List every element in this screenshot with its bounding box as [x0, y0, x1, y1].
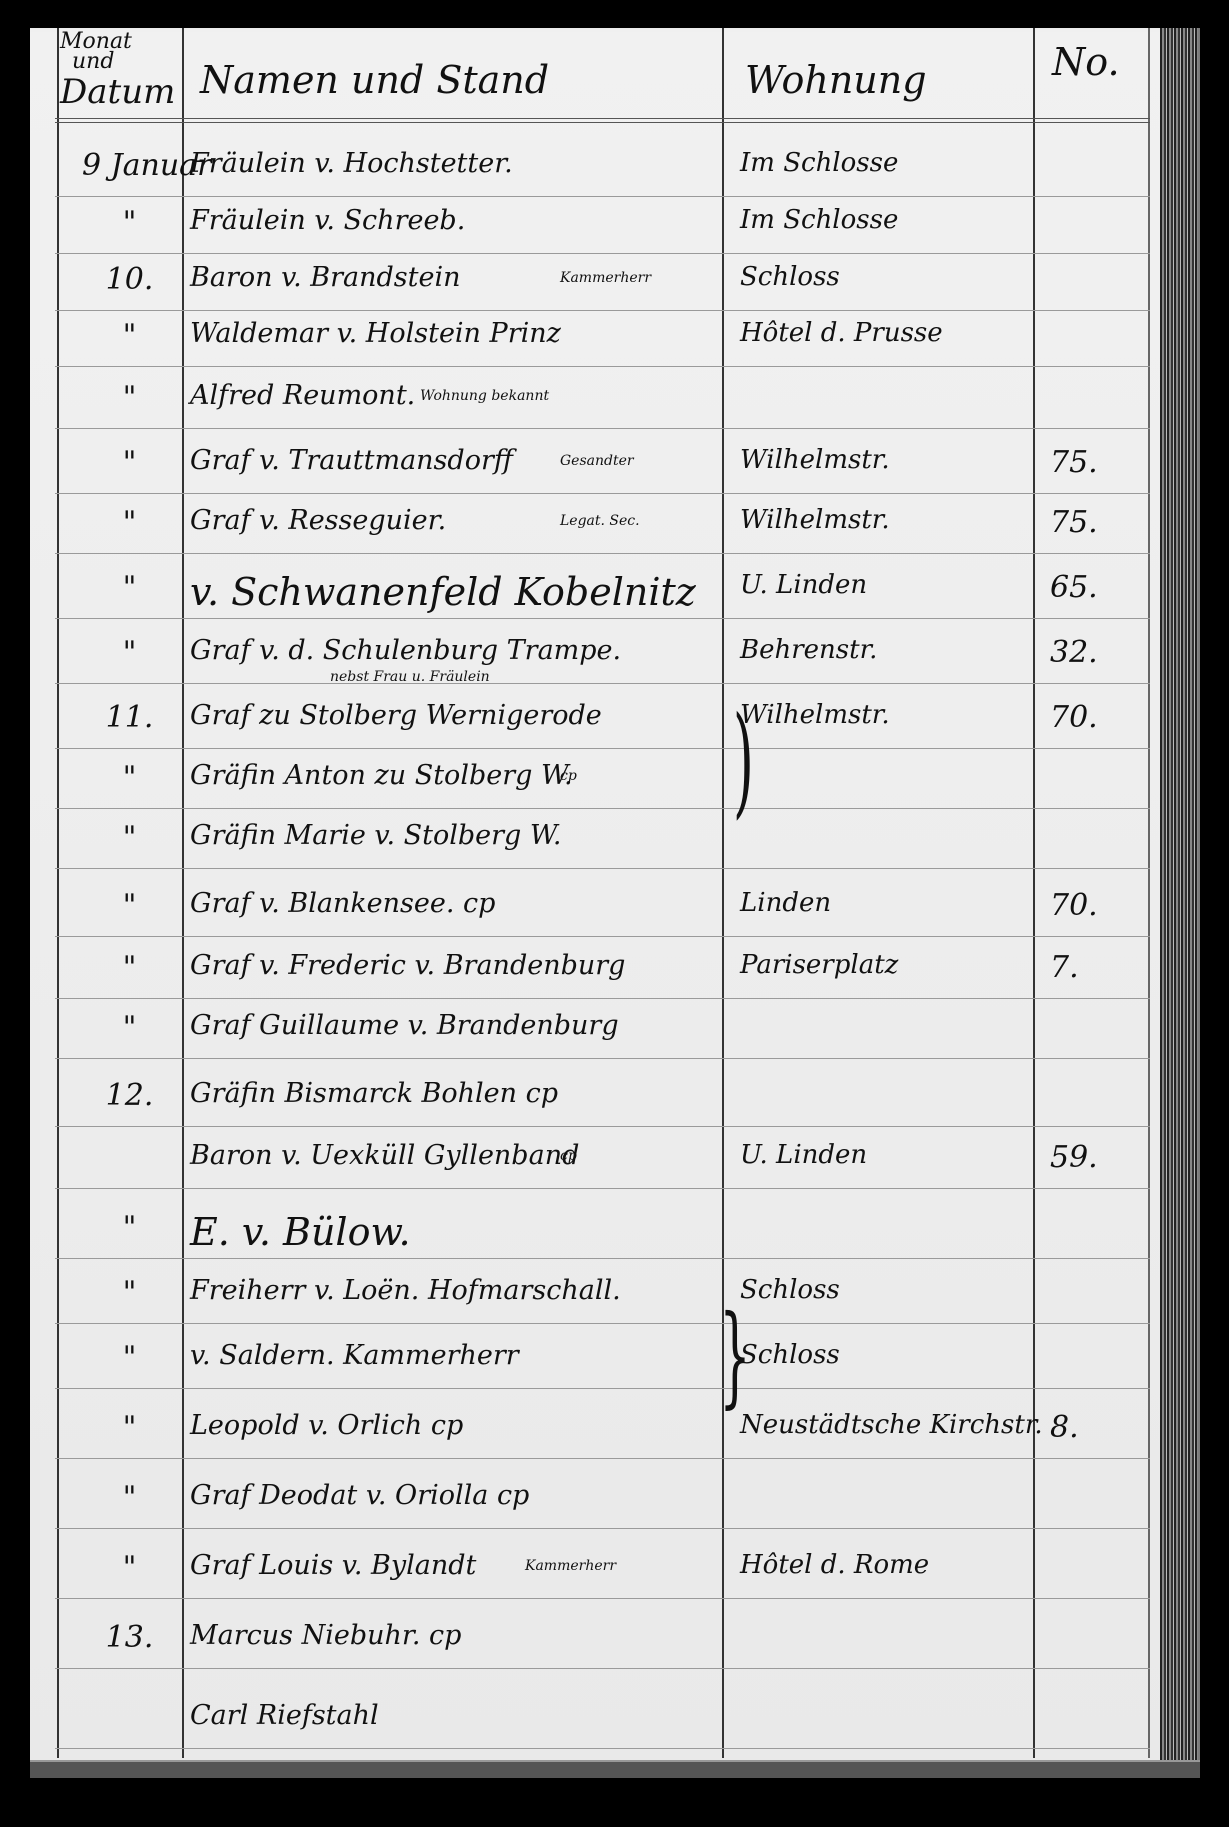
entry-date: " — [82, 1275, 177, 1310]
entry-name: Graf v. Frederic v. Brandenburg — [190, 950, 625, 981]
entry-note: Wohnung bekannt — [420, 388, 549, 404]
entry-name: Fräulein v. Hochstetter. — [190, 148, 513, 179]
entry-date: 9 Januar — [82, 148, 177, 183]
entry-name: Gräfin Marie v. Stolberg W. — [190, 820, 562, 851]
entry-date: " — [82, 1550, 177, 1585]
column-divider-address — [1033, 28, 1035, 1758]
entry-address: Wilhelmstr. — [740, 505, 890, 535]
entry-name: Baron v. Brandstein — [190, 262, 461, 293]
entry-date: " — [82, 1480, 177, 1515]
row-rule — [55, 493, 1150, 494]
entry-name: Gräfin Anton zu Stolberg W. — [190, 760, 573, 791]
row-rule — [55, 748, 1150, 749]
entry-note: nebst Frau u. Fräulein — [330, 669, 490, 685]
entry-number: 70. — [1050, 888, 1098, 923]
entry-date: " — [82, 1210, 177, 1245]
row-rule — [55, 868, 1150, 869]
entry-date: " — [82, 635, 177, 670]
header-number: No. — [1052, 40, 1120, 84]
entry-address: Hôtel d. Rome — [740, 1550, 929, 1580]
entry-name: Marcus Niebuhr. cp — [190, 1620, 461, 1651]
entry-number: 59. — [1050, 1140, 1098, 1175]
row-rule — [55, 1126, 1150, 1127]
entry-date: 11. — [82, 700, 177, 735]
entry-note: cp — [560, 1148, 577, 1164]
entry-date: " — [82, 318, 177, 353]
column-divider-date — [182, 28, 184, 1758]
entry-name: Gräfin Bismarck Bohlen cp — [190, 1078, 558, 1109]
row-rule — [55, 936, 1150, 937]
entry-name: Fräulein v. Schreeb. — [190, 205, 465, 236]
entry-date: " — [82, 380, 177, 415]
entry-name: E. v. Bülow. — [190, 1210, 411, 1254]
entry-date: " — [82, 505, 177, 540]
row-rule — [55, 1388, 1150, 1389]
entry-date: 12. — [82, 1078, 177, 1113]
column-divider-right — [1148, 28, 1150, 1758]
entry-number: 75. — [1050, 505, 1098, 540]
entry-name: Leopold v. Orlich cp — [190, 1410, 463, 1441]
brace-schloss-group: } — [719, 1300, 751, 1410]
entry-name: Alfred Reumont. — [190, 380, 415, 411]
entry-name: Waldemar v. Holstein Prinz — [190, 318, 561, 349]
entry-number: 75. — [1050, 445, 1098, 480]
entry-address: Im Schlosse — [740, 205, 898, 235]
entry-name: Graf zu Stolberg Wernigerode — [190, 700, 602, 731]
book-spine — [1160, 28, 1198, 1773]
entry-date: " — [82, 570, 177, 605]
entry-date: " — [82, 445, 177, 480]
row-rule — [55, 808, 1150, 809]
entry-name: Freiherr v. Loën. Hofmarschall. — [190, 1275, 621, 1306]
row-rule — [55, 618, 1150, 619]
entry-name: v. Saldern. Kammerherr — [190, 1340, 519, 1371]
column-divider-left — [57, 28, 59, 1758]
brace-stolberg-group: ) — [733, 702, 754, 822]
entry-name: Graf v. Trauttmansdorff — [190, 445, 513, 476]
row-rule — [55, 1748, 1150, 1749]
entry-name: Baron v. Uexküll Gyllenband — [190, 1140, 579, 1171]
row-rule — [55, 1258, 1150, 1259]
entry-note: cp — [560, 768, 577, 784]
entry-name: v. Schwanenfeld Kobelnitz — [190, 570, 696, 614]
row-rule — [55, 1668, 1150, 1669]
entry-name: Carl Riefstahl — [190, 1700, 379, 1731]
entry-date: " — [82, 820, 177, 855]
entry-address: Schloss — [740, 262, 840, 292]
row-rule — [55, 310, 1150, 311]
entry-name: Graf Guillaume v. Brandenburg — [190, 1010, 619, 1041]
entry-date: 13. — [82, 1620, 177, 1655]
entry-note: Gesandter — [560, 453, 634, 469]
row-rule — [55, 683, 1150, 684]
header-address: Wohnung — [745, 58, 927, 102]
entry-note: Legat. Sec. — [560, 513, 640, 529]
row-rule — [55, 196, 1150, 197]
row-rule — [55, 1458, 1150, 1459]
entry-address: Linden — [740, 888, 831, 918]
entry-address: Neustädtsche Kirchstr. — [740, 1410, 1043, 1440]
row-rule — [55, 553, 1150, 554]
entry-address: Im Schlosse — [740, 148, 898, 178]
entry-address: Schloss — [740, 1275, 840, 1305]
entry-date: " — [82, 205, 177, 240]
entry-name: Graf v. Blankensee. cp — [190, 888, 495, 919]
entry-note: Kammerherr — [525, 1558, 616, 1574]
row-rule — [55, 1188, 1150, 1189]
entry-address: Schloss — [740, 1340, 840, 1370]
row-rule — [55, 1058, 1150, 1059]
header-date-line2: und — [72, 50, 114, 74]
row-rule — [55, 366, 1150, 367]
entry-date: " — [82, 950, 177, 985]
entry-address: Pariserplatz — [740, 950, 898, 980]
row-rule — [55, 253, 1150, 254]
entry-date: 10. — [82, 262, 177, 297]
row-rule — [55, 1323, 1150, 1324]
entry-address: Hôtel d. Prusse — [740, 318, 943, 348]
header-rule — [55, 118, 1150, 123]
entry-note: Kammerherr — [560, 270, 651, 286]
row-rule — [55, 998, 1150, 999]
entry-address: U. Linden — [740, 1140, 867, 1170]
entry-date: " — [82, 1340, 177, 1375]
column-divider-name — [722, 28, 724, 1758]
entry-date: " — [82, 1010, 177, 1045]
row-rule — [55, 428, 1150, 429]
entry-address: U. Linden — [740, 570, 867, 600]
row-rule — [55, 1598, 1150, 1599]
entry-address: Wilhelmstr. — [740, 445, 890, 475]
entry-date: " — [82, 760, 177, 795]
entry-number: 70. — [1050, 700, 1098, 735]
header-name: Namen und Stand — [200, 58, 549, 102]
entry-name: Graf Louis v. Bylandt — [190, 1550, 476, 1581]
entry-number: 32. — [1050, 635, 1098, 670]
page-bottom-edge — [30, 1760, 1200, 1778]
entry-name: Graf v. d. Schulenburg Trampe. — [190, 635, 621, 666]
header-date-line3: Datum — [60, 72, 175, 112]
entry-address: Behrenstr. — [740, 635, 877, 665]
entry-address: Wilhelmstr. — [740, 700, 890, 730]
row-rule — [55, 1528, 1150, 1529]
entry-date: " — [82, 888, 177, 923]
entry-number: 8. — [1050, 1410, 1079, 1445]
entry-name: Graf Deodat v. Oriolla cp — [190, 1480, 529, 1511]
entry-date: " — [82, 1410, 177, 1445]
entry-number: 7. — [1050, 950, 1079, 985]
entry-name: Graf v. Resseguier. — [190, 505, 446, 536]
entry-number: 65. — [1050, 570, 1098, 605]
